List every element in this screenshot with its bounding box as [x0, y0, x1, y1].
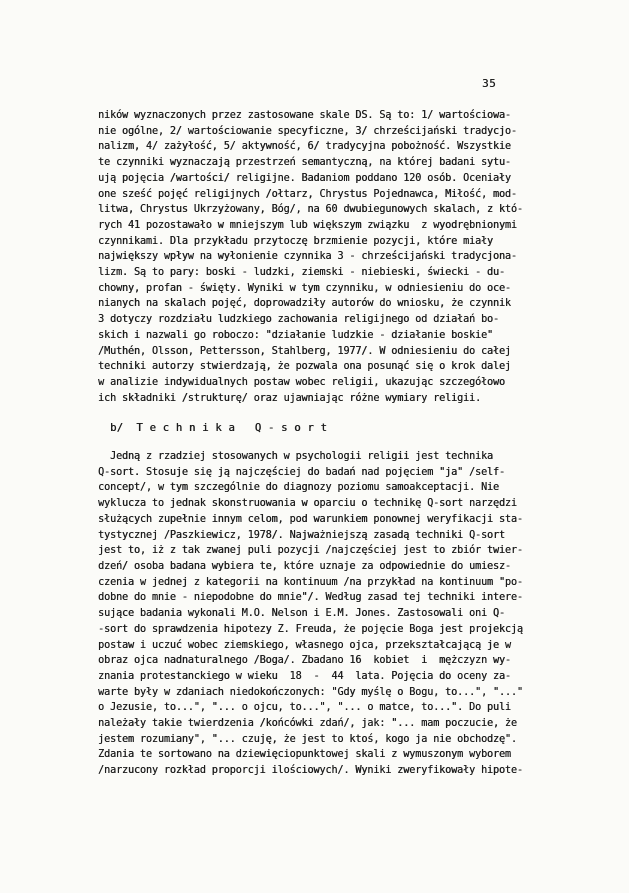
text-line: znania protestanckiego w wieku 18 - 44 l…: [98, 669, 538, 685]
text-line: /Muthén, Olsson, Pettersson, Stahlberg, …: [98, 344, 538, 360]
text-line: /narzucony rozkład proporcji ilościowych…: [98, 763, 538, 779]
text-line: ują pojęcia /wartości/ religijne. Badani…: [98, 171, 538, 187]
text-line: warte były w zdaniach niedokończonych: "…: [98, 685, 538, 701]
text-line: w analizie indywidualnych postaw wobec r…: [98, 375, 538, 391]
text-line: służących zupełnie innym celom, pod waru…: [98, 512, 538, 528]
text-line: tystycznej /Paszkiewicz, 1978/. Najważni…: [98, 528, 538, 544]
text-column: ników wyznaczonych przez zastosowane ska…: [98, 108, 538, 779]
text-line: nianych na skalach pojęć, doprowadziły a…: [98, 296, 538, 312]
text-line: chowny, profan - święty. Wyniki w tym cz…: [98, 281, 538, 297]
text-line: dobne do mnie - niepodobne do mnie"/. We…: [98, 590, 538, 606]
text-line: czynnikami. Dla przykładu przytoczę brzm…: [98, 234, 538, 250]
text-line: czenia w jednej z kategorii na kontinuum…: [98, 575, 538, 591]
text-line: nalizm, 4/ zażyłość, 5/ aktywność, 6/ tr…: [98, 139, 538, 155]
text-line: największy wpływ na wyłonienie czynnika …: [98, 249, 538, 265]
text-line: lizm. Są to pary: boski - ludzki, ziemsk…: [98, 265, 538, 281]
text-line: skich i nazwali go roboczo: "działanie l…: [98, 328, 538, 344]
text-line: 3 dotyczy rozdziału ludzkiego zachowania…: [98, 312, 538, 328]
text-line: Jedną z rzadziej stosowanych w psycholog…: [98, 449, 538, 465]
text-line: dzeń/ osoba badana wybiera te, które uzn…: [98, 559, 538, 575]
text-line: sujące badania wykonali M.O. Nelson i E.…: [98, 606, 538, 622]
text-line: ich składniki /strukturę/ oraz ujawniają…: [98, 391, 538, 407]
paragraph-q-sort: Jedną z rzadziej stosowanych w psycholog…: [98, 449, 538, 779]
text-line: concept/, w tym szczególnie do diagnozy …: [98, 480, 538, 496]
text-line: należały takie twierdzenia /końcówki zda…: [98, 716, 538, 732]
text-line: o Jezusie, to...", "... o ojcu, to...", …: [98, 700, 538, 716]
text-line: rych 41 pozostawało w mniejszym lub więk…: [98, 218, 538, 234]
text-line: obraz ojca nadnaturalnego /Boga/. Zbadan…: [98, 653, 538, 669]
text-line: postaw i uczuć wobec ziemskiego, własneg…: [98, 638, 538, 654]
text-line: jestem rozumiany", "... czuję, że jest t…: [98, 732, 538, 748]
text-line: Q-sort. Stosuje się ją najczęściej do ba…: [98, 465, 538, 481]
text-line: wyklucza to jednak skonstruowania w opar…: [98, 496, 538, 512]
text-line: Zdania te sortowano na dziewięciopunktow…: [98, 747, 538, 763]
text-line: techniki autorzy stwierdzają, że pozwala…: [98, 359, 538, 375]
page-number: 35: [482, 77, 496, 90]
text-line: te czynniki wyznaczają przestrzeń semant…: [98, 155, 538, 171]
paragraph-factor-analysis: ników wyznaczonych przez zastosowane ska…: [98, 108, 538, 406]
section-heading: b/ T e c h n i k a Q - s o r t: [98, 421, 538, 437]
text-line: one sześć pojęć religijnych /ołtarz, Chr…: [98, 187, 538, 203]
text-line: -sort do sprawdzenia hipotezy Z. Freuda,…: [98, 622, 538, 638]
text-line: litwa, Chrystus Ukrzyżowany, Bóg/, na 60…: [98, 202, 538, 218]
text-line: nie ogólne, 2/ wartościowanie specyficzn…: [98, 124, 538, 140]
text-line: ników wyznaczonych przez zastosowane ska…: [98, 108, 538, 124]
text-line: jest to, iż z tak zwanej puli pozycji /n…: [98, 543, 538, 559]
scanned-document-page: 35 ników wyznaczonych przez zastosowane …: [0, 0, 629, 893]
